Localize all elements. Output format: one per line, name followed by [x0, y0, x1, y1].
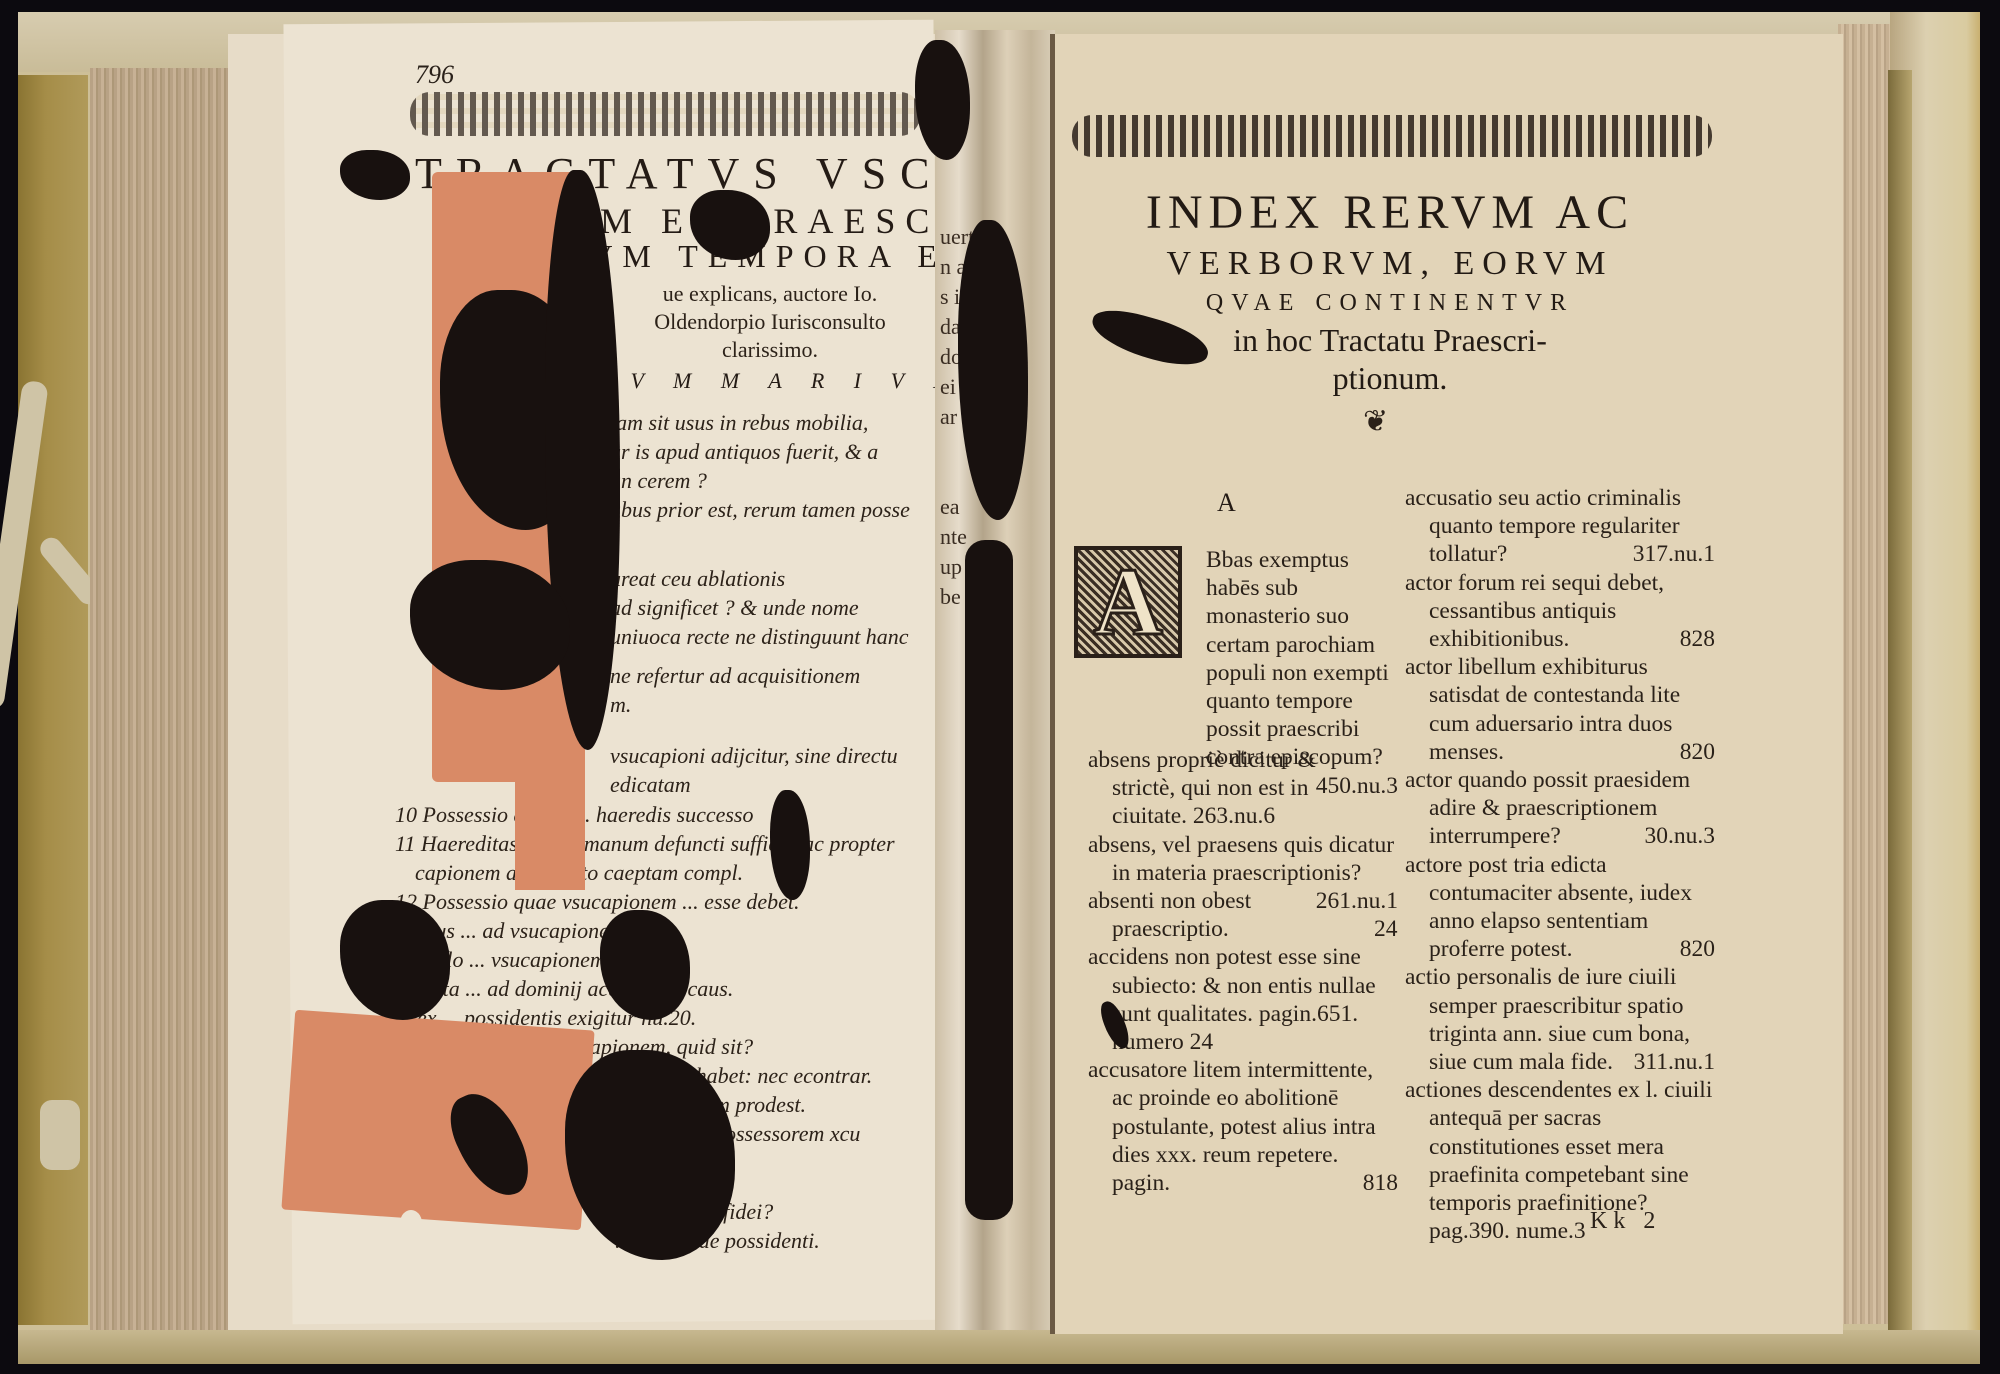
paper-hole: [400, 1210, 422, 1236]
index-column-right: accusatio seu actio criminalis quanto te…: [1405, 484, 1715, 1245]
summary-line: edicatam: [610, 770, 910, 799]
spine-shadow: [1050, 34, 1055, 1334]
section-letter: A: [1217, 488, 1236, 518]
entry-ref: 261.nu.1: [1340, 887, 1398, 915]
entry-text: actore post tria edicta contumaciter abs…: [1405, 852, 1692, 963]
tie-cord-lower: [40, 1100, 80, 1170]
summary-line: uniuoca recte ne distinguunt hanc: [610, 622, 910, 651]
entry-ref: 820: [1704, 738, 1715, 766]
entry-ref: 30.nu.3: [1669, 822, 1716, 850]
entry-text: actor forum rei sequi debet, cessantibus…: [1405, 570, 1664, 652]
entry-ref: 311.nu.1: [1658, 1048, 1715, 1076]
summary-line: capionem a defuncto caeptam compl.: [395, 858, 895, 887]
summary-line: ureat ceu ablationis: [610, 564, 910, 593]
index-entry: actor forum rei sequi debet, cessantibus…: [1405, 569, 1715, 654]
index-entry: accidens non potest esse sine subiecto: …: [1088, 943, 1398, 1056]
index-entry: absens, vel praesens quis dicatur in mat…: [1088, 831, 1398, 887]
summary-line: 11 Haereditas non ... manum defuncti suf…: [395, 829, 895, 858]
index-entry: actiones descendentes ex l. ciuili anteq…: [1405, 1076, 1715, 1245]
entry-text: actor libellum exhibiturus satisdat de c…: [1405, 654, 1680, 765]
summary-line: abus prior est, rerum tamen posse: [610, 495, 910, 524]
index-entry: Bbas exemptus habēs sub monasterio suo c…: [1088, 546, 1398, 686]
index-entry: actio personalis de iure ciuili semper p…: [1405, 963, 1715, 1076]
orange-stain-lower: [281, 1010, 594, 1230]
summary-line: vsucapioni adijcitur, sine directu: [610, 741, 910, 770]
entry-text: absens, vel praesens quis dicatur in mat…: [1088, 832, 1394, 886]
page-edges-left: [90, 68, 230, 1330]
summary-line: 10 Possessio anima ... haeredis successo: [395, 800, 895, 829]
orange-stain-middle: [515, 720, 585, 890]
entry-ref: 818: [1387, 1169, 1398, 1197]
subtitle-line: clarissimo.: [600, 336, 940, 364]
index-entry: accusatio seu actio criminalis quanto te…: [1405, 484, 1715, 569]
summary-line: iam sit usus in rebus mobilia,: [610, 408, 910, 437]
entry-ref: 317.nu.1: [1657, 540, 1715, 568]
cover-bottom-edge: [18, 1330, 1980, 1364]
index-entry: accusatore litem intermittente, ac proin…: [1088, 1056, 1398, 1197]
summary-italic-block: iam sit usus in rebus mobilia, ur is apu…: [610, 408, 910, 799]
index-title-line-2: VERBORVM, EORVM: [1090, 245, 1690, 283]
index-entry: actore post tria edicta contumaciter abs…: [1405, 851, 1715, 964]
entry-ref: 820: [1704, 935, 1715, 963]
index-column-left: Bbas exemptus habēs sub monasterio suo c…: [1088, 546, 1398, 1197]
index-title-line-3: QVAE CONTINENTVR: [1090, 290, 1690, 317]
fleuron-icon: ❦: [1363, 404, 1388, 439]
left-subtitle: ue explicans, auctore Io. Oldendorpio Iu…: [600, 280, 940, 364]
headpiece-ornament-left: [410, 92, 920, 136]
entry-ref: 263.nu.6: [1193, 803, 1275, 829]
subtitle-line: ue explicans, auctore Io.: [600, 280, 940, 308]
cover-fold-shadow: [1888, 70, 1912, 1330]
entry-text: absenti non obest praescriptio.: [1088, 888, 1251, 942]
index-entry: actor quando possit praesidem adire & pr…: [1405, 766, 1715, 851]
summary-line: ad significet ? & unde nome: [610, 593, 910, 622]
signature-mark: Kk 2: [1590, 1208, 1661, 1235]
entry-ref: 828: [1704, 625, 1715, 653]
summary-line: ne refertur ad acquisitionem: [610, 661, 910, 690]
summary-line: an cerem ?: [610, 466, 910, 495]
page-edges-right: [1838, 24, 1890, 1324]
entry-text: Bbas exemptus habēs sub monasterio suo c…: [1206, 547, 1389, 770]
page-number: 796: [415, 60, 454, 90]
index-entry: actor libellum exhibiturus satisdat de c…: [1405, 653, 1715, 766]
headpiece-ornament-right: [1072, 115, 1712, 157]
summary-heading: S V M M A R I V M.: [590, 368, 981, 394]
subtitle-line: Oldendorpio Iurisconsulto: [600, 308, 940, 336]
gutter-ink-streak: [965, 540, 1013, 1220]
entry-ref: 450.nu.3: [1316, 772, 1398, 800]
index-title-line-1: INDEX RERVM AC: [1090, 185, 1690, 240]
summary-line: ur is apud antiquos fuerit, & a: [610, 437, 910, 466]
entry-text: accusatore litem intermittente, ac proin…: [1088, 1057, 1376, 1196]
index-title-line-5: ptionum.: [1090, 360, 1690, 397]
entry-ref: nume.3: [1516, 1218, 1586, 1244]
summary-line: m.: [610, 690, 910, 719]
